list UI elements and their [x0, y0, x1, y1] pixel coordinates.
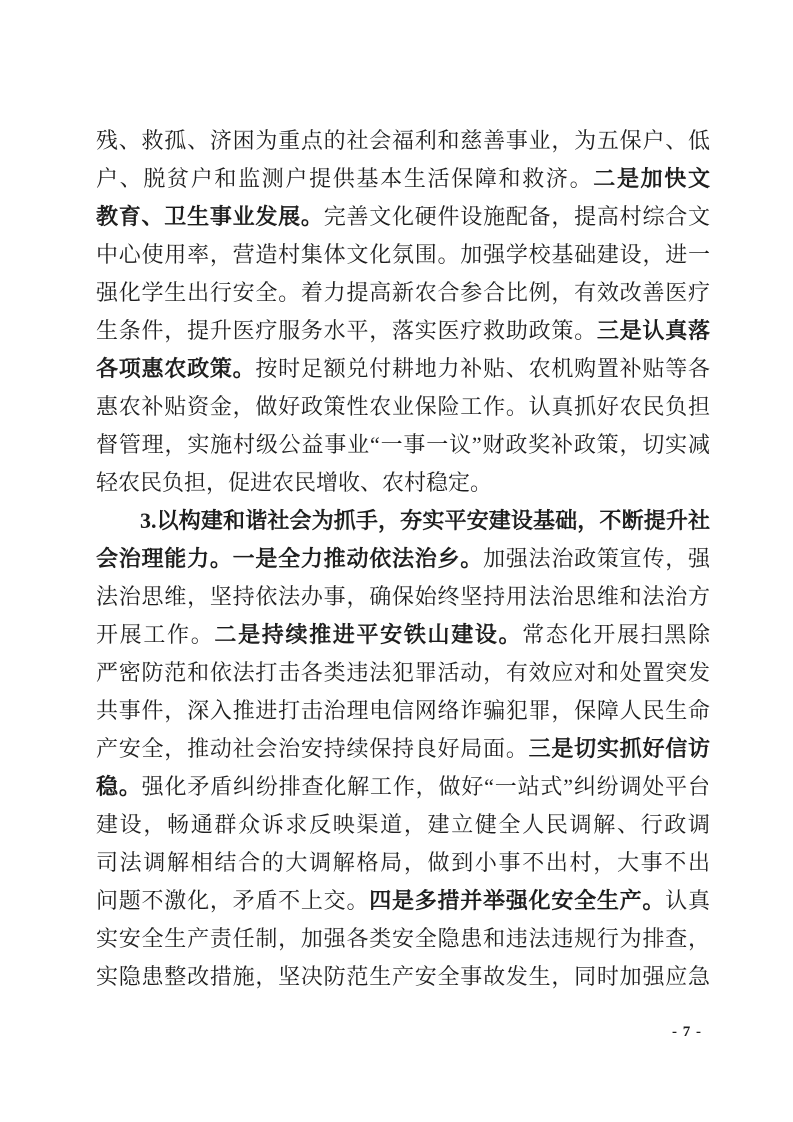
text-run: 建设，畅通群众诉求反映渠道，建立健全人民调解、行政调解、: [96, 812, 710, 844]
text-line: 法治思维，坚持依法办事，确保始终坚持用法治思维和法治方式: [96, 578, 710, 616]
text-run: 强化矛盾纠纷排查化解工作，做好“一站式”纠纷调处平台: [142, 774, 710, 799]
text-line: 残、救孤、济困为重点的社会福利和慈善事业，为五保户、低保: [96, 122, 710, 160]
document-page: 残、救孤、济困为重点的社会福利和慈善事业，为五保户、低保 户、脱贫户和监测户提供…: [0, 0, 793, 1122]
text-line: 督管理，实施村级公益事业“一事一议”财政奖补政策，切实减: [96, 426, 710, 464]
text-run: 严密防范和依法打击各类违法犯罪活动，有效应对和处置突发公: [96, 660, 710, 692]
text-run-bold: 3.以构建和谐社会为抓手，夯实平安建设基础，不断提升社: [140, 508, 710, 533]
page-number: - 7 -: [96, 1024, 702, 1041]
text-line: 户、脱贫户和监测户提供基本生活保障和救济。二是加快文化、: [96, 160, 710, 198]
text-line-paragraph-start: 3.以构建和谐社会为抓手，夯实平安建设基础，不断提升社: [96, 502, 710, 540]
text-line: 轻农民负担，促进农民增收、农村稳定。: [96, 464, 710, 502]
text-run: 共事件，深入推进打击治理电信网络诈骗犯罪，保障人民生命财: [96, 698, 710, 730]
text-run-bold: 稳。: [96, 774, 142, 799]
text-run-bold: 各项惠农政策。: [96, 356, 255, 381]
text-line: 问题不激化，矛盾不上交。四是多措并举强化安全生产。认真落: [96, 882, 710, 920]
text-line: 司法调解相结合的大调解格局，做到小事不出村，大事不出乡，: [96, 844, 710, 882]
text-line: 实隐患整改措施，坚决防范生产安全事故发生，同时加强应急管: [96, 958, 710, 996]
text-run: 督管理，实施村级公益事业“一事一议”财政奖补政策，切实减: [96, 432, 710, 457]
text-line: 中心使用率，营造村集体文化氛围。加强学校基础建设，进一步: [96, 236, 710, 274]
text-line: 惠农补贴资金，做好政策性农业保险工作。认真抓好农民负担监: [96, 388, 710, 426]
text-run: 问题不激化，矛盾不上交。: [96, 888, 369, 913]
text-line: 各项惠农政策。按时足额兑付耕地力补贴、农机购置补贴等各项: [96, 350, 710, 388]
text-run: 轻农民负担，促进农民增收、农村稳定。: [96, 470, 492, 495]
text-run: 中心使用率，营造村集体文化氛围。加强学校基础建设，进一步: [96, 242, 710, 274]
text-line: 产安全，推动社会治安持续保持良好局面。三是切实抓好信访维: [96, 730, 710, 768]
text-line: 严密防范和依法打击各类违法犯罪活动，有效应对和处置突发公: [96, 654, 710, 692]
text-line: 稳。强化矛盾纠纷排查化解工作，做好“一站式”纠纷调处平台: [96, 768, 710, 806]
text-line: 生条件，提升医疗服务水平，落实医疗救助政策。三是认真落实: [96, 312, 710, 350]
text-run: 强化学生出行安全。着力提高新农合参合比例，有效改善医疗卫: [96, 280, 710, 312]
text-run: 司法调解相结合的大调解格局，做到小事不出村，大事不出乡，: [96, 850, 710, 882]
text-run: 实隐患整改措施，坚决防范生产安全事故发生，同时加强应急管: [96, 964, 710, 996]
text-run: 残、救孤、济困为重点的社会福利和慈善事业，为五保户、低保: [96, 128, 710, 160]
text-line: 建设，畅通群众诉求反映渠道，建立健全人民调解、行政调解、: [96, 806, 710, 844]
text-line: 共事件，深入推进打击治理电信网络诈骗犯罪，保障人民生命财: [96, 692, 710, 730]
text-line: 会治理能力。一是全力推动依法治乡。加强法治政策宣传，强化: [96, 540, 710, 578]
text-run: 惠农补贴资金，做好政策性农业保险工作。认真抓好农民负担监: [96, 394, 710, 426]
text-run: 户、脱贫户和监测户提供基本生活保障和救济。: [96, 166, 593, 191]
document-body: 残、救孤、济困为重点的社会福利和慈善事业，为五保户、低保 户、脱贫户和监测户提供…: [96, 122, 710, 996]
text-run: 生条件，提升医疗服务水平，落实医疗救助政策。: [96, 318, 597, 343]
text-run: 实安全生产责任制，加强各类安全隐患和违法违规行为排查，落: [96, 926, 710, 958]
text-run: 产安全，推动社会治安持续保持良好局面。: [96, 736, 529, 761]
text-run-bold: 二是持续推进平安铁山建设。: [214, 622, 522, 647]
text-line: 实安全生产责任制，加强各类安全隐患和违法违规行为排查，落: [96, 920, 710, 958]
text-line: 开展工作。二是持续推进平安铁山建设。常态化开展扫黑除恶，: [96, 616, 710, 654]
text-line: 强化学生出行安全。着力提高新农合参合比例，有效改善医疗卫: [96, 274, 710, 312]
text-run-bold: 会治理能力。一是全力推动依法治乡。: [96, 546, 483, 571]
text-run: 法治思维，坚持依法办事，确保始终坚持用法治思维和法治方式: [96, 584, 710, 616]
text-run: 开展工作。: [96, 622, 214, 647]
text-run-bold: 教育、卫生事业发展。: [96, 204, 324, 229]
text-run-bold: 四是多措并举强化安全生产。: [369, 888, 665, 913]
text-line: 教育、卫生事业发展。完善文化硬件设施配备，提高村综合文化: [96, 198, 710, 236]
